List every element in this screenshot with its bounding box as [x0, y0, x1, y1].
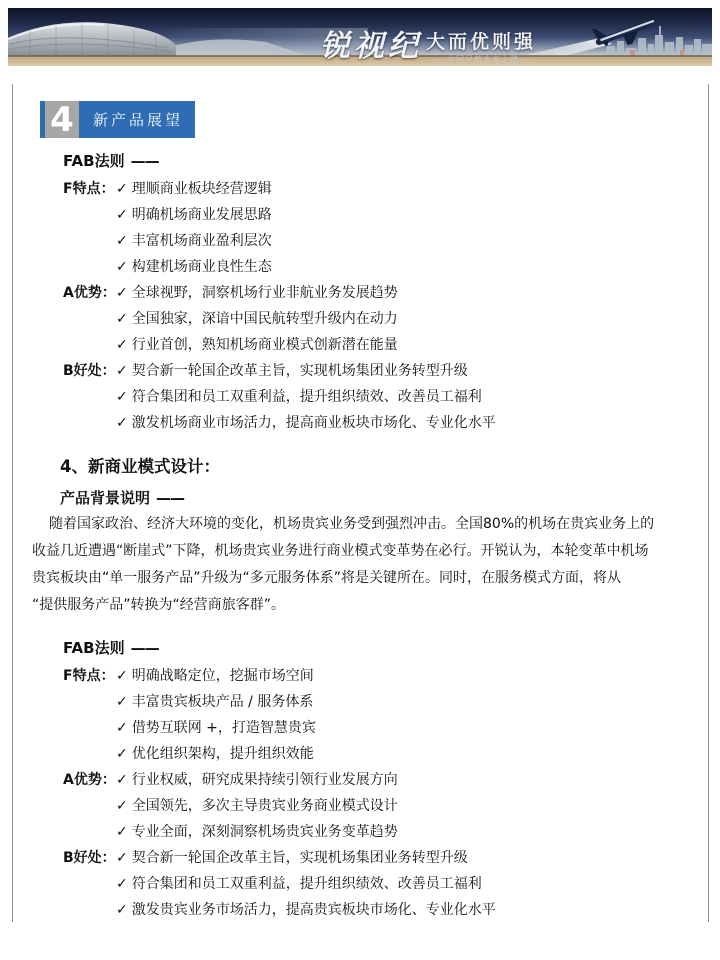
- paragraph-line: 收益几近遭遇“断崖式”下降，机场贵宾业务进行商业模式变革势在必行。开锐认为，本轮…: [32, 538, 708, 565]
- section-badge: 4 新产品展望: [40, 101, 195, 138]
- fab-heading-text: FAB法则: [63, 152, 125, 170]
- check-icon: ✓: [116, 311, 128, 327]
- check-icon: ✓: [116, 337, 128, 353]
- fab-group-label: B好处：: [63, 845, 116, 871]
- subsection-heading: 产品背景说明——: [13, 486, 708, 510]
- check-icon: ✓: [116, 363, 128, 379]
- check-icon: ✓: [116, 233, 128, 249]
- fab-item-text: 契合新一轮国企改革主旨，实现机场集团业务转型升级: [132, 363, 468, 379]
- check-icon: ✓: [116, 389, 128, 405]
- heading-dash: ——: [156, 489, 184, 507]
- fab-groups: F特点： ✓理顺商业板块经营逻辑 ✓明确机场商业发展思路 ✓丰富机场商业盈利层次…: [63, 176, 708, 436]
- fab-heading-text: FAB法则: [63, 639, 125, 657]
- list-item: ✓激发机场商业市场活力，提高商业板块市场化、专业化水平: [116, 410, 708, 436]
- check-icon: ✓: [116, 668, 128, 684]
- list-item: ✓借势互联网 +，打造智慧贵宾: [116, 715, 708, 741]
- fab-item-list: ✓契合新一轮国企改革主旨，实现机场集团业务转型升级 ✓符合集团和员工双重利益，提…: [116, 358, 708, 436]
- check-icon: ✓: [116, 415, 128, 431]
- list-item: ✓明确机场商业发展思路: [116, 202, 708, 228]
- fab-item-text: 丰富贵宾板块产品 / 服务体系: [132, 694, 314, 710]
- check-icon: ✓: [116, 902, 128, 918]
- fab-group-label: B好处：: [63, 358, 116, 384]
- fab-item-text: 行业权威，研究成果持续引领行业发展方向: [132, 772, 398, 788]
- fab-item-text: 理顺商业板块经营逻辑: [132, 181, 272, 197]
- check-icon: ✓: [116, 207, 128, 223]
- fab-heading: FAB法则——: [63, 148, 708, 174]
- fab-group-label: F特点：: [63, 663, 116, 689]
- content-frame: 4 新产品展望 FAB法则—— F特点： ✓理顺商业板块经营逻辑 ✓明确机场商业…: [12, 84, 709, 922]
- fab-item-text: 符合集团和员工双重利益，提升组织绩效、改善员工福利: [132, 389, 482, 405]
- check-icon: ✓: [116, 746, 128, 762]
- fab-item-text: 行业首创，熟知机场商业模式创新潜在能量: [132, 337, 398, 353]
- list-item: ✓激发贵宾业务市场活力，提高贵宾板块市场化、专业化水平: [116, 897, 708, 923]
- list-item: ✓专业全面，深刻洞察机场贵宾业务变革趋势: [116, 819, 708, 845]
- fab-item-text: 全国领先，多次主导贵宾业务商业模式设计: [132, 798, 398, 814]
- fab-group-f: F特点： ✓明确战略定位，挖掘市场空间 ✓丰富贵宾板块产品 / 服务体系 ✓借势…: [63, 663, 708, 767]
- paragraph-line: “提供服务产品”转换为“经营商旅客群”。: [32, 592, 708, 619]
- list-item: ✓构建机场商业良性生态: [116, 254, 708, 280]
- check-icon: ✓: [116, 694, 128, 710]
- paragraph-line: 随着国家政治、经济大环境的变化，机场贵宾业务受到强烈冲击。全国80%的机场在贵宾…: [32, 511, 708, 538]
- list-item: ✓行业首创，熟知机场商业模式创新潜在能量: [116, 332, 708, 358]
- check-icon: ✓: [116, 850, 128, 866]
- fab-section-2: FAB法则—— F特点： ✓明确战略定位，挖掘市场空间 ✓丰富贵宾板块产品 / …: [13, 635, 708, 923]
- fab-item-text: 明确机场商业发展思路: [132, 207, 272, 223]
- fab-item-text: 激发贵宾业务市场活力，提高贵宾板块市场化、专业化水平: [132, 902, 496, 918]
- check-icon: ✓: [116, 285, 128, 301]
- list-item: ✓理顺商业板块经营逻辑: [116, 176, 708, 202]
- badge-number: 4: [45, 101, 79, 138]
- dot-separator: ·: [411, 28, 418, 49]
- list-item: ✓丰富机场商业盈利层次: [116, 228, 708, 254]
- heading-dash: ——: [131, 152, 159, 170]
- badge-title: 新产品展望: [79, 101, 195, 138]
- list-item: ✓全国独家，深谙中国民航转型升级内在动力: [116, 306, 708, 332]
- fab-item-list: ✓明确战略定位，挖掘市场空间 ✓丰富贵宾板块产品 / 服务体系 ✓借势互联网 +…: [116, 663, 708, 767]
- fab-item-text: 明确战略定位，挖掘市场空间: [132, 668, 314, 684]
- list-item: ✓契合新一轮国企改革主旨，实现机场集团业务转型升级: [116, 845, 708, 871]
- check-icon: ✓: [116, 772, 128, 788]
- list-item: ✓优化组织架构，提升组织效能: [116, 741, 708, 767]
- fab-item-text: 优化组织架构，提升组织效能: [132, 746, 314, 762]
- list-item: ✓丰富贵宾板块产品 / 服务体系: [116, 689, 708, 715]
- subtitle-text: — 中国民航未来之路 —: [424, 54, 542, 65]
- fab-section-1: FAB法则—— F特点： ✓理顺商业板块经营逻辑 ✓明确机场商业发展思路 ✓丰富…: [13, 148, 708, 436]
- fab-item-text: 契合新一轮国企改革主旨，实现机场集团业务转型升级: [132, 850, 468, 866]
- fab-item-text: 借势互联网 +，打造智慧贵宾: [132, 720, 316, 736]
- list-item: ✓明确战略定位，挖掘市场空间: [116, 663, 708, 689]
- fab-item-text: 专业全面，深刻洞察机场贵宾业务变革趋势: [132, 824, 398, 840]
- subsection-heading-text: 产品背景说明: [60, 489, 150, 507]
- heading-dash: ——: [131, 639, 159, 657]
- fab-item-text: 激发机场商业市场活力，提高商业板块市场化、专业化水平: [132, 415, 496, 431]
- list-item: ✓符合集团和员工双重利益，提升组织绩效、改善员工福利: [116, 384, 708, 410]
- fab-group-label: F特点：: [63, 176, 116, 202]
- fab-groups: F特点： ✓明确战略定位，挖掘市场空间 ✓丰富贵宾板块产品 / 服务体系 ✓借势…: [63, 663, 708, 923]
- fab-item-text: 构建机场商业良性生态: [132, 259, 272, 275]
- check-icon: ✓: [116, 798, 128, 814]
- fab-item-list: ✓契合新一轮国企改革主旨，实现机场集团业务转型升级 ✓符合集团和员工双重利益，提…: [116, 845, 708, 923]
- fab-item-list: ✓行业权威，研究成果持续引领行业发展方向 ✓全国领先，多次主导贵宾业务商业模式设…: [116, 767, 708, 845]
- fab-item-text: 全球视野，洞察机场行业非航业务发展趋势: [132, 285, 398, 301]
- fab-item-text: 全国独家，深谙中国民航转型升级内在动力: [132, 311, 398, 327]
- check-icon: ✓: [116, 876, 128, 892]
- check-icon: ✓: [116, 181, 128, 197]
- fab-group-a: A优势： ✓行业权威，研究成果持续引领行业发展方向 ✓全国领先，多次主导贵宾业务…: [63, 767, 708, 845]
- fab-group-label: A优势：: [63, 767, 116, 793]
- section-heading: 4、新商业模式设计：: [13, 455, 708, 479]
- background-paragraph: 随着国家政治、经济大环境的变化，机场贵宾业务受到强烈冲击。全国80%的机场在贵宾…: [13, 511, 708, 619]
- list-item: ✓全国领先，多次主导贵宾业务商业模式设计: [116, 793, 708, 819]
- fab-group-label: A优势：: [63, 280, 116, 306]
- banner-image: 锐视纪 · 大而优则强 — 中国民航未来之路 —: [8, 8, 712, 66]
- brand-text: 锐视纪: [320, 21, 422, 65]
- fab-group-b: B好处： ✓契合新一轮国企改革主旨，实现机场集团业务转型升级 ✓符合集团和员工双…: [63, 358, 708, 436]
- fab-heading: FAB法则——: [63, 635, 708, 661]
- fab-item-text: 丰富机场商业盈利层次: [132, 233, 272, 249]
- list-item: ✓符合集团和员工双重利益，提升组织绩效、改善员工福利: [116, 871, 708, 897]
- check-icon: ✓: [116, 259, 128, 275]
- fab-item-list: ✓理顺商业板块经营逻辑 ✓明确机场商业发展思路 ✓丰富机场商业盈利层次 ✓构建机…: [116, 176, 708, 280]
- list-item: ✓契合新一轮国企改革主旨，实现机场集团业务转型升级: [116, 358, 708, 384]
- slogan-text: 大而优则强: [426, 27, 536, 54]
- check-icon: ✓: [116, 720, 128, 736]
- fab-group-a: A优势： ✓全球视野，洞察机场行业非航业务发展趋势 ✓全国独家，深谙中国民航转型…: [63, 280, 708, 358]
- check-icon: ✓: [116, 824, 128, 840]
- fab-group-b: B好处： ✓契合新一轮国企改革主旨，实现机场集团业务转型升级 ✓符合集团和员工双…: [63, 845, 708, 923]
- fab-group-f: F特点： ✓理顺商业板块经营逻辑 ✓明确机场商业发展思路 ✓丰富机场商业盈利层次…: [63, 176, 708, 280]
- fab-item-text: 符合集团和员工双重利益，提升组织绩效、改善员工福利: [132, 876, 482, 892]
- fab-item-list: ✓全球视野，洞察机场行业非航业务发展趋势 ✓全国独家，深谙中国民航转型升级内在动…: [116, 280, 708, 358]
- list-item: ✓行业权威，研究成果持续引领行业发展方向: [116, 767, 708, 793]
- paragraph-line: 贵宾板块由“单一服务产品”升级为“多元服务体系”将是关键所在。同时，在服务模式方…: [32, 565, 708, 592]
- list-item: ✓全球视野，洞察机场行业非航业务发展趋势: [116, 280, 708, 306]
